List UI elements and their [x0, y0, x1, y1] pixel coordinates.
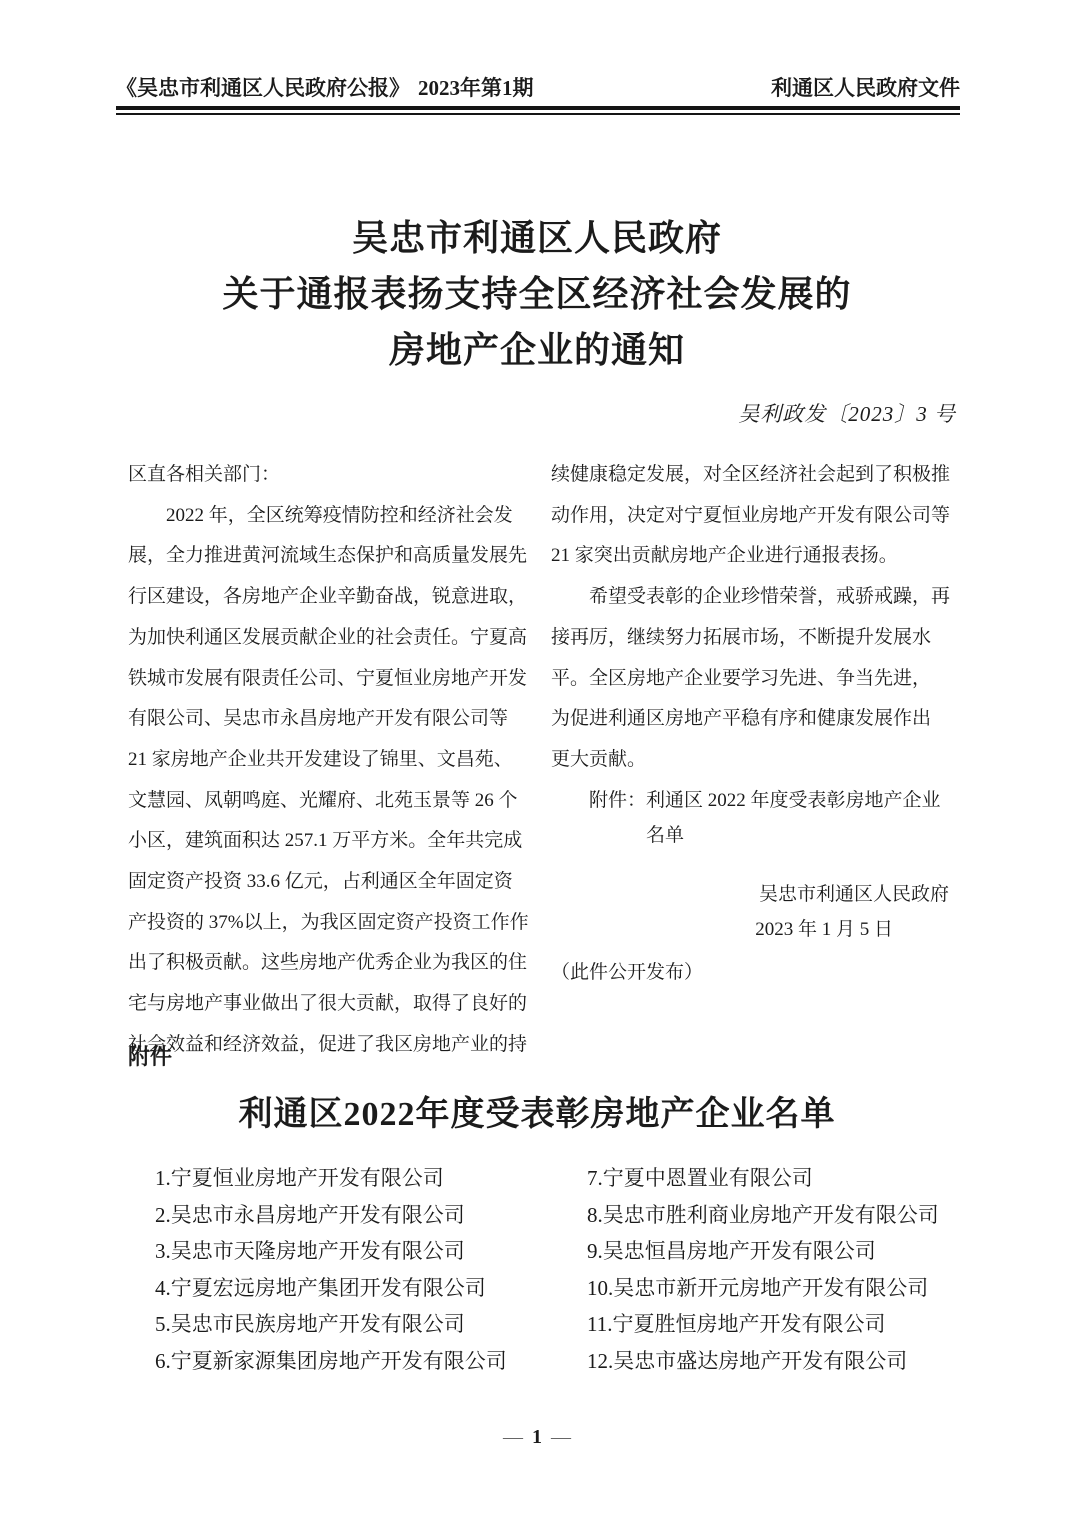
company-item: 9.吴忠恒昌房地产开发有限公司 [587, 1233, 939, 1270]
header-rule [116, 106, 960, 115]
company-item: 7.宁夏中恩置业有限公司 [587, 1160, 939, 1197]
notice-title: 吴忠市利通区人民政府关于通报表扬支持全区经济社会发展的房地产企业的通知 [0, 210, 1074, 378]
page-footer: —1— [0, 1426, 1074, 1449]
body-column-left: 区直各相关部门： 2022 年，全区统筹疫情防控和经济社会发 展，全力推进黄河流… [128, 455, 530, 1066]
notice-body: 区直各相关部门： 2022 年，全区统筹疫情防控和经济社会发 展，全力推进黄河流… [128, 455, 953, 1066]
company-item: 4.宁夏宏远房地产集团开发有限公司 [155, 1270, 583, 1307]
gazette-page: { "colors": { "ink": "#1b1b1b", "rule": … [0, 0, 1074, 1520]
company-item: 11.宁夏胜恒房地产开发有限公司 [587, 1306, 939, 1343]
publish-note: （此件公开发布） [551, 955, 953, 990]
company-item: 5.吴忠市民族房地产开发有限公司 [155, 1306, 583, 1343]
footer-dash-left: — [503, 1426, 523, 1448]
attachment-heading: 利通区2022年度受表彰房地产企业名单 [0, 1086, 1074, 1135]
issue-number: 2023年第1期 [418, 72, 534, 102]
company-item: 3.吴忠市天隆房地产开发有限公司 [155, 1233, 583, 1270]
company-list-right: 7.宁夏中恩置业有限公司8.吴忠市胜利商业房地产开发有限公司9.吴忠恒昌房地产开… [583, 1160, 939, 1379]
body-text-left: 区直各相关部门： 2022 年，全区统筹疫情防控和经济社会发 展，全力推进黄河流… [128, 455, 530, 1066]
attachment-reference: 附件：利通区 2022 年度受表彰房地产企业 名单 [551, 783, 953, 853]
company-item: 8.吴忠市胜利商业房地产开发有限公司 [587, 1197, 939, 1234]
notice-title-line: 房地产企业的通知 [0, 322, 1074, 378]
notice-title-line: 关于通报表扬支持全区经济社会发展的 [0, 266, 1074, 322]
signature-date: 2023 年 1 月 5 日 [551, 912, 953, 947]
footer-dash-right: — [551, 1426, 571, 1448]
doc-type-label: 利通区人民政府文件 [771, 72, 960, 102]
notice-title-line: 吴忠市利通区人民政府 [0, 210, 1074, 266]
gazette-title: 《吴忠市利通区人民政府公报》 [116, 72, 410, 102]
attachment-label: 附件 [128, 1040, 172, 1071]
header-rule-thick [116, 106, 960, 110]
company-list-left: 1.宁夏恒业房地产开发有限公司2.吴忠市永昌房地产开发有限公司3.吴忠市天隆房地… [128, 1160, 583, 1379]
page-number: 1 [523, 1426, 551, 1448]
company-item: 6.宁夏新家源集团房地产开发有限公司 [155, 1343, 583, 1380]
company-item: 1.宁夏恒业房地产开发有限公司 [155, 1160, 583, 1197]
company-item: 2.吴忠市永昌房地产开发有限公司 [155, 1197, 583, 1234]
body-text-right: 续健康稳定发展，对全区经济社会起到了积极推 动作用，决定对宁夏恒业房地产开发有限… [551, 455, 953, 781]
header-left: 《吴忠市利通区人民政府公报》 2023年第1期 [116, 72, 534, 102]
body-column-right: 续健康稳定发展，对全区经济社会起到了积极推 动作用，决定对宁夏恒业房地产开发有限… [551, 455, 953, 1066]
header-rule-thin [116, 113, 960, 115]
page-header: 《吴忠市利通区人民政府公报》 2023年第1期 利通区人民政府文件 [116, 72, 960, 102]
company-lists: 1.宁夏恒业房地产开发有限公司2.吴忠市永昌房地产开发有限公司3.吴忠市天隆房地… [128, 1160, 960, 1379]
doc-number: 吴利政发〔2023〕3 号 [738, 398, 956, 428]
company-item: 10.吴忠市新开元房地产开发有限公司 [587, 1270, 939, 1307]
signature-issuer: 吴忠市利通区人民政府 [551, 877, 953, 912]
company-item: 12.吴忠市盛达房地产开发有限公司 [587, 1343, 939, 1380]
